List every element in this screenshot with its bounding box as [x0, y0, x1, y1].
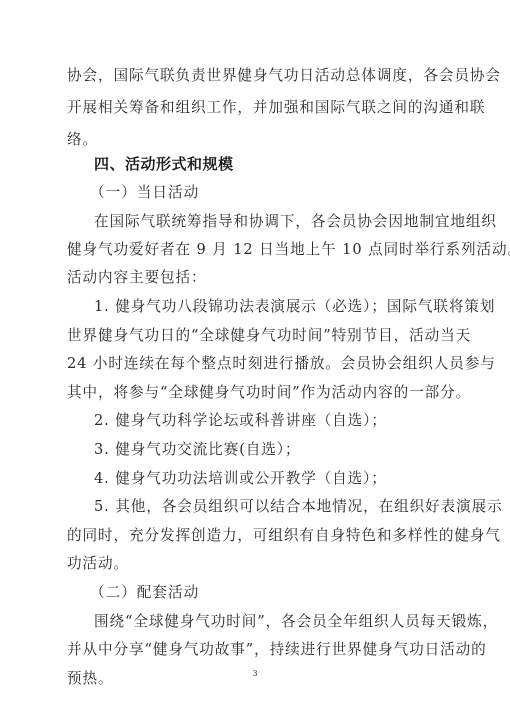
- paragraph-line: 活动内容主要包括：: [67, 268, 445, 288]
- list-item-line: 5. 其他，各会员组织可以结合本地情况，在组织好表演展示: [94, 497, 445, 517]
- paragraph-line: 健身气功爱好者在 9 月 12 日当地上午 10 点同时举行系列活动。: [67, 240, 445, 260]
- paragraph-line: 协会，国际气联负责世界健身气功日活动总体调度，各会员协会: [67, 66, 445, 86]
- list-item-line: 世界健身气功日的“全球健身气功时间”特别节目，活动当天: [67, 326, 445, 346]
- document-page: 协会，国际气联负责世界健身气功日活动总体调度，各会员协会 开展相关筹备和组织工作…: [0, 0, 510, 721]
- list-item-line: 4. 健身气功功法培训或公开教学（自选）；: [94, 469, 445, 489]
- list-item-line: 2. 健身气功科学论坛或科普讲座（自选）；: [94, 411, 445, 431]
- list-item-line: 3. 健身气功交流比赛(自选）；: [94, 440, 445, 460]
- paragraph-line: 围绕“全球健身气功时间”，各会员全年组织人员每天锻炼，: [94, 612, 445, 632]
- list-item-line: 功活动。: [67, 554, 445, 574]
- paragraph-line: 络。: [67, 130, 445, 150]
- paragraph-line: 并从中分享“健身气功故事”，持续进行世界健身气功日活动的: [67, 640, 445, 660]
- list-item-line: 24 小时连续在每个整点时刻进行播放。会员协会组织人员参与: [67, 354, 445, 374]
- paragraph-line: 开展相关筹备和组织工作，并加强和国际气联之间的沟通和联: [67, 98, 445, 118]
- list-item-line: 1. 健身气功八段锦功法表演展示（必选）；国际气联将策划: [94, 297, 445, 317]
- paragraph-line: 在国际气联统筹指导和协调下，各会员协会因地制宜地组织: [94, 212, 445, 232]
- list-item-line: 的同时，充分发挥创造力，可组织有自身特色和多样性的健身气: [67, 526, 445, 546]
- subsection-title: （二）配套活动: [90, 583, 199, 603]
- section-heading: 四、活动形式和规模: [94, 154, 234, 174]
- page-number: 3: [0, 669, 510, 679]
- list-item-line: 其中，将参与“全球健身气功时间”作为活动内容的一部分。: [67, 383, 445, 403]
- subsection-title: （一）当日活动: [90, 183, 199, 203]
